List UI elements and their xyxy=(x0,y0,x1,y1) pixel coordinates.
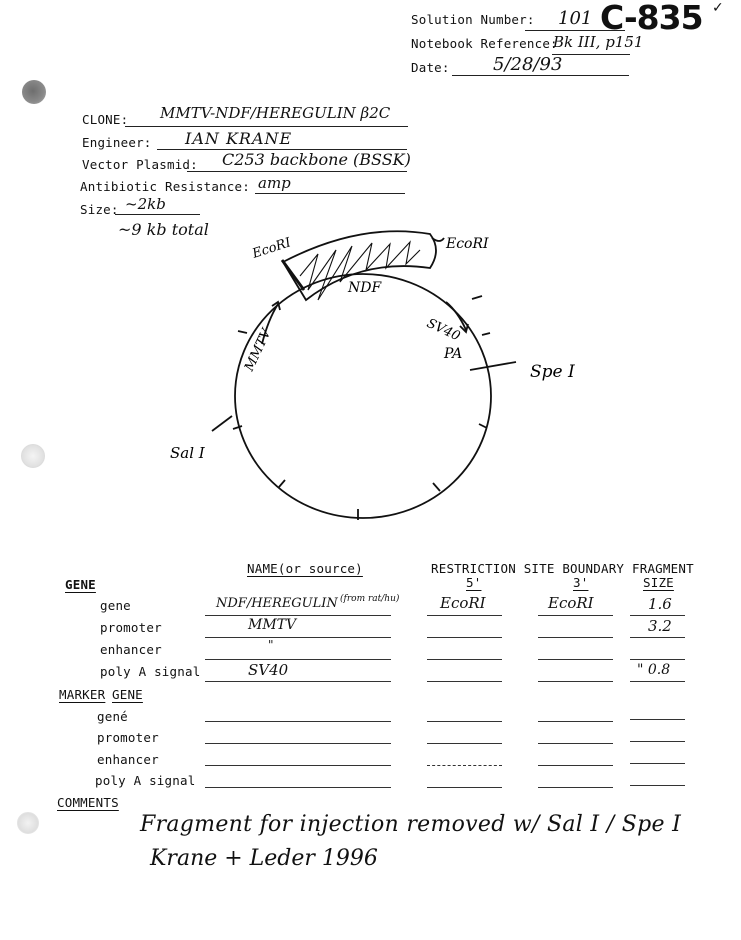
poly-a-size-value: " 0.8 xyxy=(637,662,670,678)
enhancer-size-line xyxy=(630,659,685,660)
marker-row-label-promoter: promoter xyxy=(97,730,159,745)
marker-row-label-poly-a: poly A signal xyxy=(95,773,195,788)
size-column-header: SIZE xyxy=(643,575,674,590)
poly-a-size-line xyxy=(630,681,685,682)
gene-name-value: NDF/HEREGULIN xyxy=(216,596,338,611)
marker-promoter-five-line xyxy=(427,743,502,744)
enhancer-three-line xyxy=(538,659,613,660)
marker-gene-name-line xyxy=(205,721,391,722)
gene-three-value: EcoRI xyxy=(548,594,594,612)
sal-label: Sal I xyxy=(170,444,206,462)
gene-size-value: 1.6 xyxy=(648,595,672,613)
poly-a-name-line xyxy=(205,681,391,682)
promoter-five-line xyxy=(427,637,502,638)
restriction-column-header: RESTRICTION SITE BOUNDARY xyxy=(431,561,624,576)
gene-section-title: GENE xyxy=(65,577,96,592)
gene-three-line xyxy=(538,615,613,616)
promoter-name-value: MMTV xyxy=(248,617,296,633)
row-label-gene: gene xyxy=(100,598,131,613)
promoter-size-line xyxy=(630,637,685,638)
row-label-poly-a: poly A signal xyxy=(100,664,200,679)
promoter-size-value: 3.2 xyxy=(648,617,672,635)
gene-five-line xyxy=(427,615,502,616)
pa-label: PA xyxy=(443,346,462,362)
sv40-label: SV40 xyxy=(424,316,462,344)
marker-row-label-enhancer: enhancer xyxy=(97,752,159,767)
gene-size-line xyxy=(630,615,685,616)
comments-line-1: Fragment for injection removed w/ Sal I … xyxy=(140,812,681,837)
sal-pointer xyxy=(212,416,232,431)
marker-section-title-1: MARKER xyxy=(59,687,105,702)
promoter-name-line xyxy=(205,637,391,638)
comments-line-2: Krane + Leder 1996 xyxy=(150,846,378,871)
spe-label: Spe I xyxy=(530,362,575,382)
spe-pointer xyxy=(470,362,516,370)
gene-five-value: EcoRI xyxy=(440,594,486,612)
three-prime-header: 3' xyxy=(573,575,588,590)
ecori-left-label: EcoRI xyxy=(250,235,294,262)
marker-poly-a-three-line xyxy=(538,787,613,788)
comments-title: COMMENTS xyxy=(57,795,119,810)
marker-gene-five-line xyxy=(427,721,502,722)
marker-row-label-gene: gené xyxy=(97,709,128,724)
marker-enhancer-three-line xyxy=(538,765,613,766)
enhancer-name-line xyxy=(205,659,391,660)
five-prime-header: 5' xyxy=(466,575,481,590)
marker-promoter-three-line xyxy=(538,743,613,744)
marker-enhancer-name-line xyxy=(205,765,391,766)
name-column-header: NAME(or source) xyxy=(247,561,363,576)
gene-name-line xyxy=(205,615,391,616)
marker-poly-a-five-line xyxy=(427,787,502,788)
marker-poly-a-name-line xyxy=(205,787,391,788)
enhancer-five-line xyxy=(427,659,502,660)
gene-name-note: (from rat/hu) xyxy=(340,594,399,604)
poly-a-name-value: SV40 xyxy=(248,661,288,679)
fragment-column-header: FRAGMENT xyxy=(632,561,694,576)
marker-gene-three-line xyxy=(538,721,613,722)
marker-enhancer-five-line xyxy=(427,765,502,766)
promoter-three-line xyxy=(538,637,613,638)
marker-promoter-size-line xyxy=(630,741,685,742)
row-label-promoter: promoter xyxy=(100,620,162,635)
poly-a-five-line xyxy=(427,681,502,682)
marker-promoter-name-line xyxy=(205,743,391,744)
row-label-enhancer: enhancer xyxy=(100,642,162,657)
ecori-right-label: EcoRI xyxy=(445,236,489,252)
marker-enhancer-size-line xyxy=(630,763,685,764)
marker-section-title-2: GENE xyxy=(112,687,143,702)
poly-a-three-line xyxy=(538,681,613,682)
ndf-label: NDF xyxy=(347,280,382,296)
enhancer-name-value: " xyxy=(268,638,274,652)
marker-poly-a-size-line xyxy=(630,785,685,786)
marker-gene-size-line xyxy=(630,719,685,720)
